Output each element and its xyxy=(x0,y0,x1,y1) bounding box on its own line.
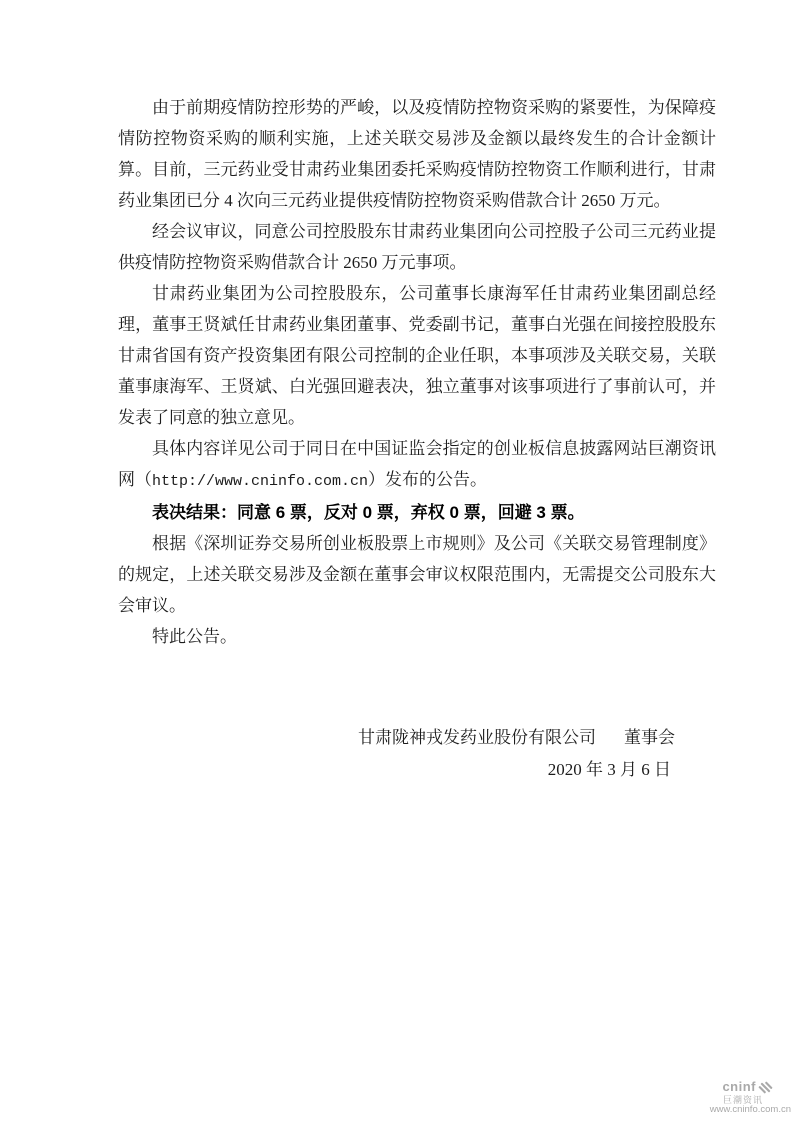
announcement-body: 由于前期疫情防控形势的严峻，以及疫情防控物资采购的紧要性，为保障疫情防控物资采购… xyxy=(118,92,716,786)
cninfo-watermark: cninf 巨潮资讯 www.cninfo.com.cn xyxy=(710,1080,791,1116)
body-paragraph-4: 具体内容详见公司于同日在中国证监会指定的创业板信息披露网站巨潮资讯网（http:… xyxy=(118,433,716,497)
body-paragraph-6: 根据《深圳证券交易所创业板股票上市规则》及公司《关联交易管理制度》的规定，上述关… xyxy=(118,528,716,621)
signature-date: 2020 年 3 月 6 日 xyxy=(118,754,675,786)
watermark-url: www.cninfo.com.cn xyxy=(710,1105,791,1116)
body-paragraph-1: 由于前期疫情防控形势的严峻，以及疫情防控物资采购的紧要性，为保障疫情防控物资采购… xyxy=(118,92,716,216)
signature-company: 甘肃陇神戎发药业股份有限公司 xyxy=(358,728,596,747)
watermark-brand-text: cninf xyxy=(722,1080,756,1095)
vote-result-line: 表决结果：同意 6 票，反对 0 票，弃权 0 票，回避 3 票。 xyxy=(118,497,716,528)
disclosure-website-url: http://www.cninfo.com.cn xyxy=(152,473,368,490)
closing-line: 特此公告。 xyxy=(118,621,716,652)
body-paragraph-2: 经会议审议，同意公司控股股东甘肃药业集团向公司控股子公司三元药业提供疫情防控物资… xyxy=(118,216,716,278)
signature-block: 甘肃陇神戎发药业股份有限公司董事会 2020 年 3 月 6 日 xyxy=(118,722,716,786)
signature-company-row: 甘肃陇神戎发药业股份有限公司董事会 xyxy=(118,722,675,754)
pinwheel-icon xyxy=(758,1080,773,1095)
paragraph-4-suffix: ）发布的公告。 xyxy=(368,470,487,489)
watermark-brand-row: cninf xyxy=(710,1080,791,1095)
document-page: 由于前期疫情防控形势的严峻，以及疫情防控物资采购的紧要性，为保障疫情防控物资采购… xyxy=(0,0,793,1122)
signature-board: 董事会 xyxy=(624,728,675,747)
body-paragraph-3: 甘肃药业集团为公司控股股东，公司董事长康海军任甘肃药业集团副总经理，董事王贤斌任… xyxy=(118,278,716,433)
